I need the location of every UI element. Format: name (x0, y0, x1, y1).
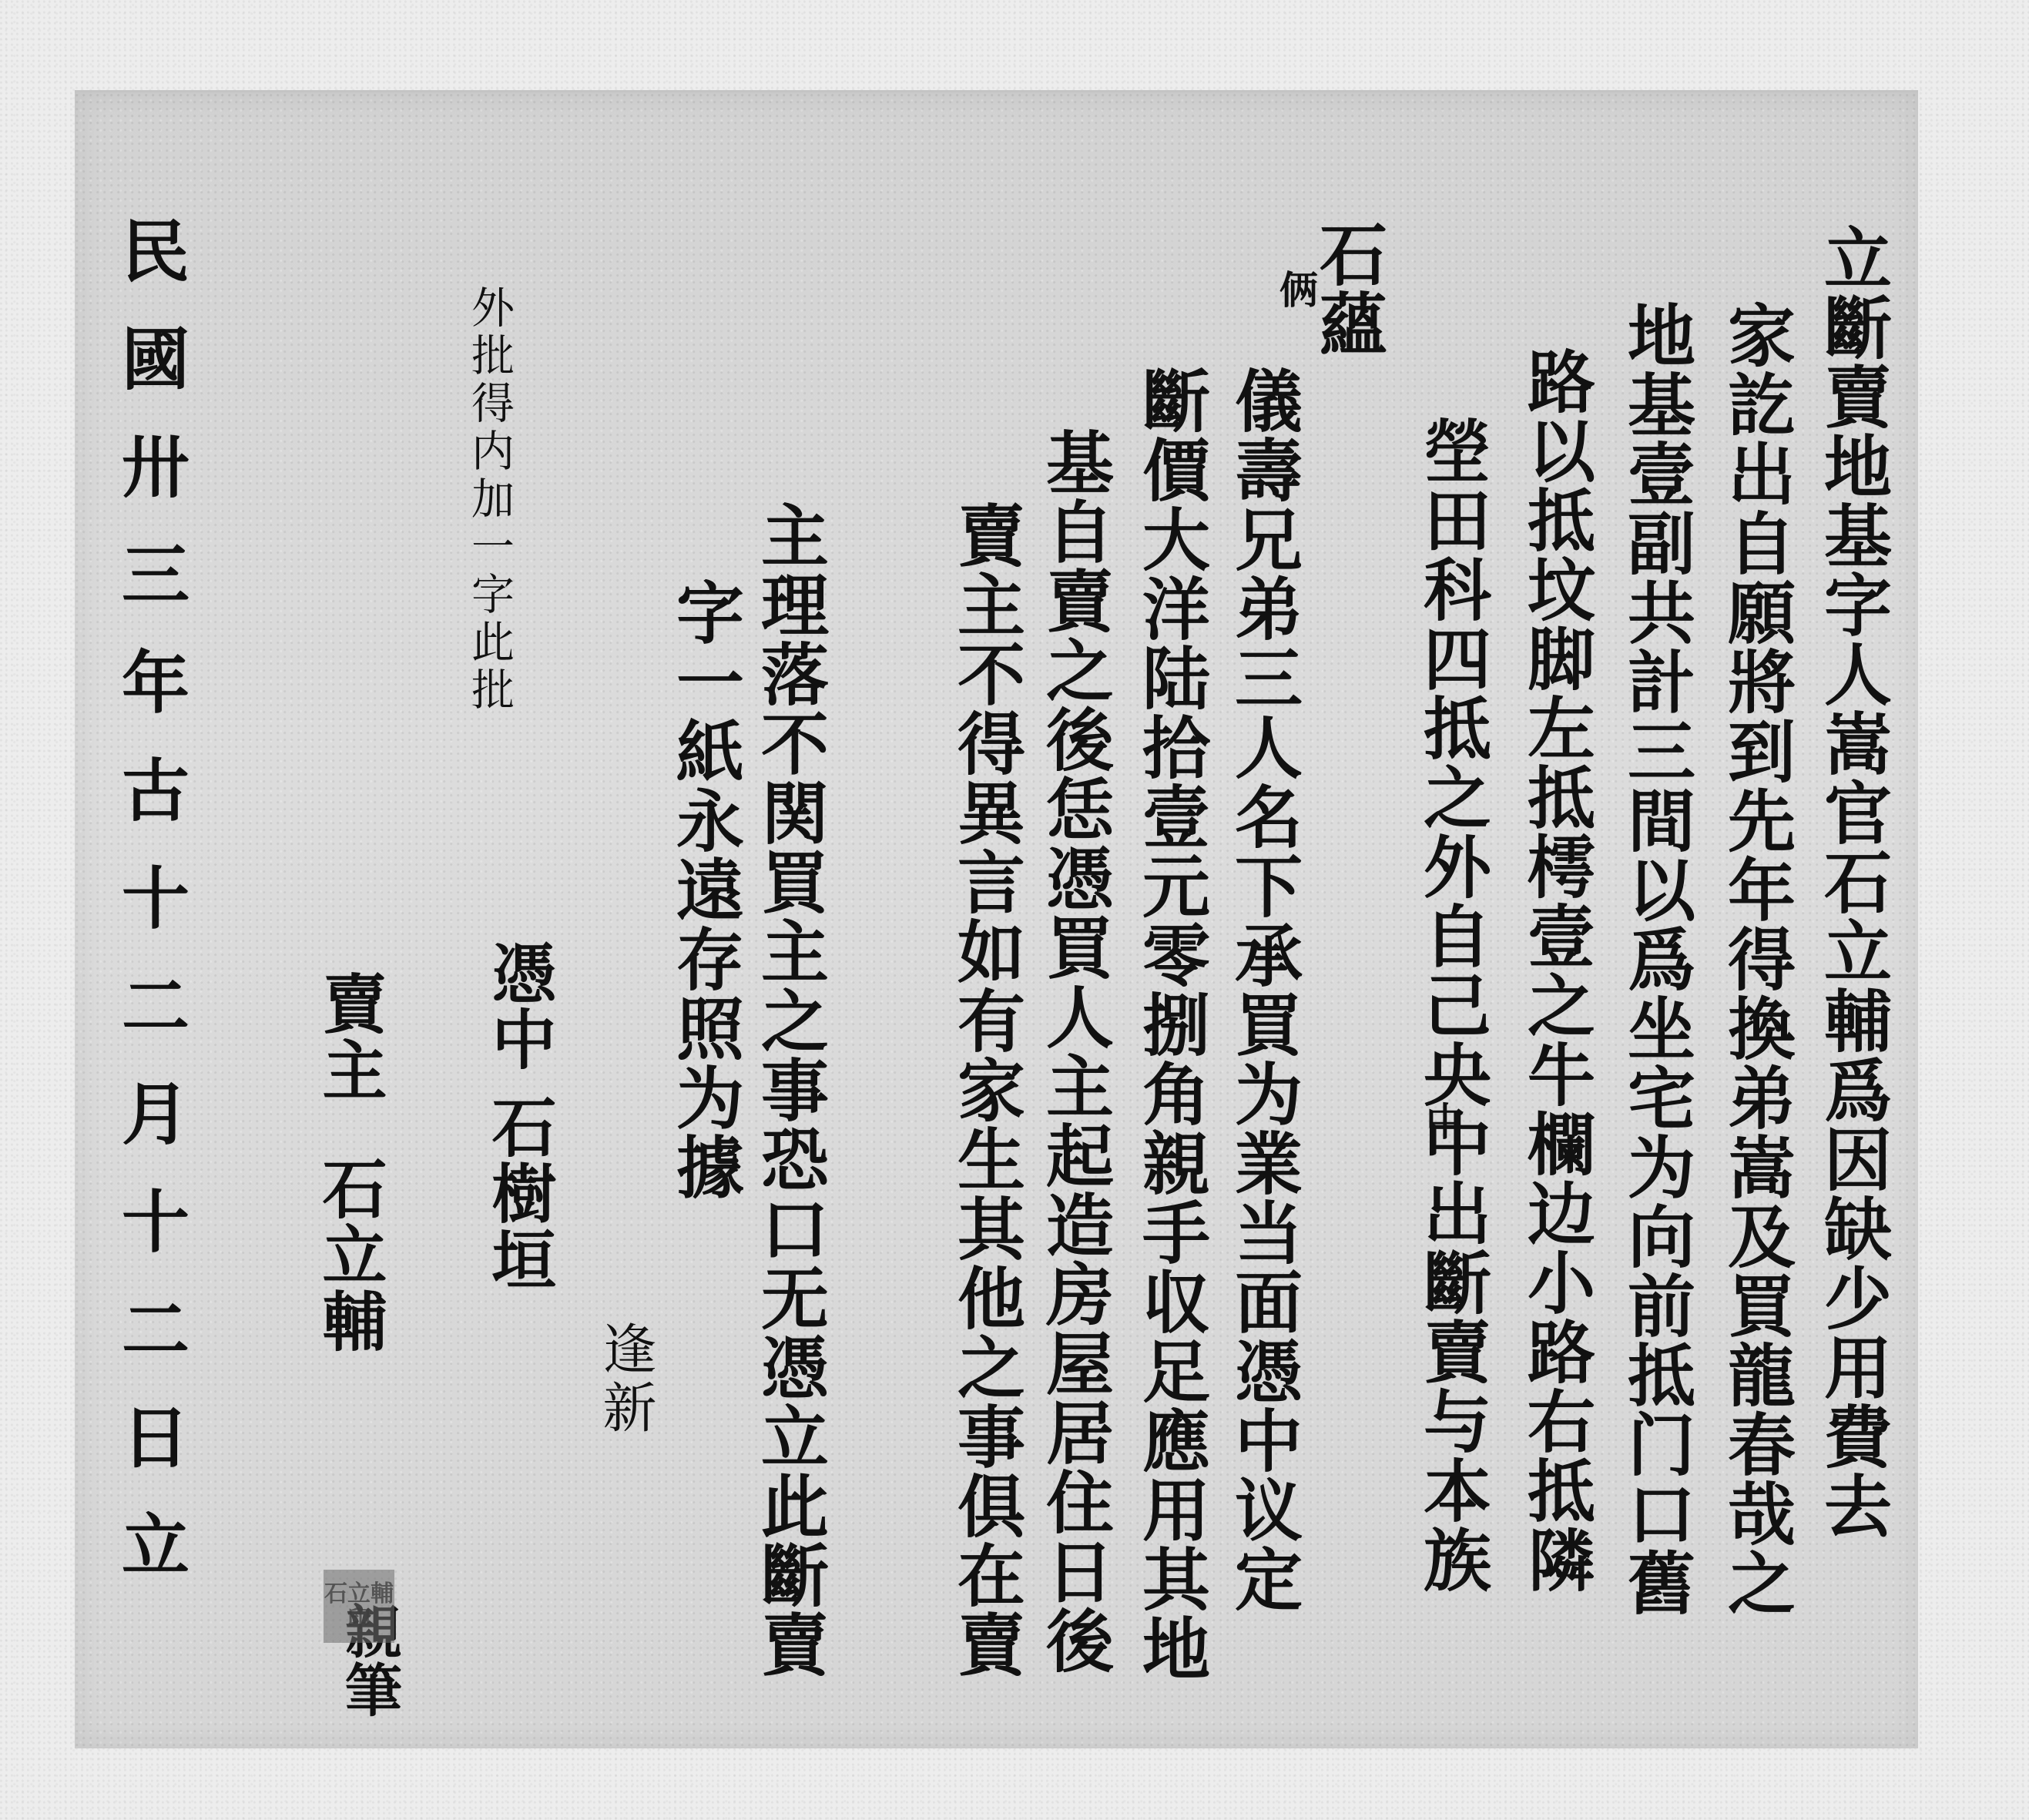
text-column-5: 塋田科四抵之外自己央中出斷賣与本族 (1419, 416, 1487, 1594)
deed-paper: 立斷賣地基字人嵩官石立輔爲因缺少用費去 家訖出自願將到先年得換弟嵩及買龍春哉之 … (75, 90, 1918, 1748)
seller-label: 賣主 (317, 970, 382, 1103)
date-column: 民國卅三年古十二月十二日立 (117, 216, 185, 1617)
seal-stamp: 石立輔印 (324, 1570, 394, 1643)
text-column-2: 家訖出自願將到先年得換弟嵩及買龍春哉之 (1723, 300, 1791, 1617)
marginal-note: 外批得内加一字此批 (468, 285, 511, 715)
text-column-9: 賣主不得異言如有家生其他之事俱在賣 (953, 501, 1021, 1679)
text-column-6: 儀壽兄弟三人名下承買为業当面憑中议定 (1230, 366, 1298, 1614)
witness-name: 石樹垣 (487, 1094, 552, 1292)
inline-insert-mark: 中 (1423, 1101, 1461, 1141)
text-column-8: 基自賣之後恁憑買人主起造房屋居住日後 (1041, 427, 1109, 1675)
witness-label: 憑中 (487, 940, 552, 1072)
seller-name: 石立輔 (317, 1155, 382, 1354)
text-column-1: 立斷賣地基字人嵩官石立輔爲因缺少用費去 (1819, 223, 1887, 1540)
text-column-6-insert: 俩 (1276, 270, 1315, 310)
text-column-7: 斷價大洋陆拾壹元零捌角親手収足應用其地 (1138, 366, 1206, 1683)
text-column-3: 地基壹副共計三間以爲坐宅为向前抵门口舊 (1623, 300, 1691, 1617)
text-column-11: 字一紙永遠存照为據 (672, 578, 739, 1202)
text-column-4: 路以抵坟脚左抵樗壹之牛欄边小路右抵隣 (1523, 347, 1591, 1594)
text-column-10: 主理落不関買主之事恐口无憑立此斷賣 (756, 501, 824, 1679)
text-column-6-head: 石蘊 (1315, 220, 1383, 358)
witness-second-name: 逢新 (599, 1321, 652, 1438)
